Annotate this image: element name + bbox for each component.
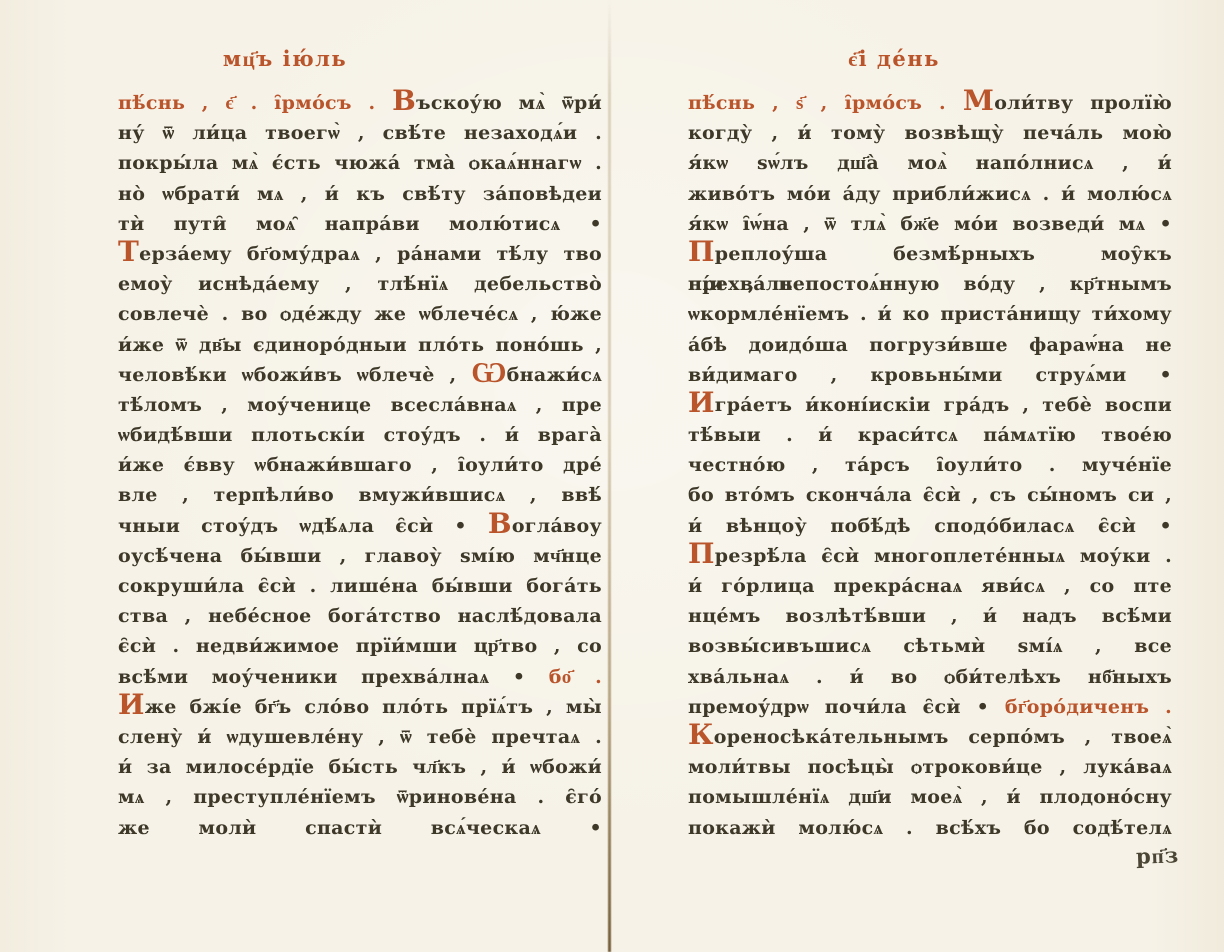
text-line: Иже бжі́е бг҃ъ сло́во пло́ть прїѧ́тъ , м… — [118, 692, 602, 722]
text-segment: бо вто́мъ сконча́ла є̑сѝ , съ сы́номъ си… — [688, 484, 1172, 506]
text-line: возвы́сивъшисѧ сѣтьмѝ ѕмі́ѧ , все — [688, 631, 1172, 661]
text-line: честно́ю , та́рсъ і̑оули́то . муче́нїе — [688, 450, 1172, 480]
text-segment: я́кѡ і̑ѡ́на , ѿ тлѧ̀ бж҃е мо́и возведи́ … — [688, 213, 1172, 235]
text-line: всѣ́ми моу́ченики прехва́лнаѧ • бо҃ . — [118, 662, 602, 692]
text-segment: ну́ ѿ ли́ца твоегѡ̀ , свѣ́те незаходѧ́и … — [118, 122, 602, 144]
text-segment: и́же є́вву ѡбнажи́вшаго , і̑оули́то дре́ — [118, 454, 602, 476]
right-running-title: є҃і де́нь — [610, 46, 1224, 72]
rubric-initial-letter: М — [963, 84, 994, 117]
text-segment: честно́ю , та́рсъ і̑оули́то . муче́нїе — [688, 454, 1172, 476]
text-segment: но̀ ѡбрати́ мѧ , и́ къ свѣ́ту за́повѣдеи — [118, 183, 602, 205]
rubric-initial-letter: К — [688, 718, 714, 751]
text-line: ѡбидѣ́вши плотьскі́и стоу́дъ . и́ врага̀ — [118, 420, 602, 450]
text-line: вле , терпѣли́во вмужи́вшисѧ , ввѣ́ — [118, 480, 602, 510]
text-segment: ѡкормле́нїемъ . и́ ко приста́нищу ти́хом… — [688, 303, 1172, 325]
text-segment: нце́мъ возлѣтѣ́вши , и́ надъ всѣ́ми — [688, 605, 1172, 627]
scanned-book-spread: мц҃ъ ію́ль пѣ́снь , є҃ . і̑рмо́съ . Въск… — [0, 0, 1224, 952]
text-line: пѣ́снь , ѕ҃ , і̑рмо́съ . Моли́тву пролїю… — [688, 88, 1172, 118]
text-segment: и́ вѣнцоу̀ побѣ́дѣ сподо́биласѧ є̑сѝ • — [688, 515, 1172, 537]
text-segment: и́же ѿ дв҃ы єдиноро́дныи пло́ть поно́шь … — [118, 334, 602, 356]
text-line: живо́тъ мо́и а́ду прибли́жисѧ . и́ молю́… — [688, 179, 1172, 209]
text-line: сокруши́ла є̑сѝ . лише́на бы́вши бога́ть — [118, 571, 602, 601]
text-line: и́ вѣнцоу̀ побѣ́дѣ сподо́биласѧ є̑сѝ • — [688, 511, 1172, 541]
rubric-initial-letter: В — [392, 84, 416, 117]
text-line: слену̀ и́ ѡдушевле́ну , ѿ тебѐ пречтаѧ . — [118, 722, 602, 752]
rubric-initial-letter: В — [488, 507, 512, 540]
text-segment: ства , небе́сное бога́тство наслѣ́довала — [118, 605, 602, 627]
left-page: мц҃ъ ію́ль пѣ́снь , є҃ . і̑рмо́съ . Въск… — [0, 0, 610, 952]
text-line: емоу̀ иснѣда́ему , тлѣ́нїѧ дебельство̀ — [118, 269, 602, 299]
rubric-text-segment: пѣ́снь , ѕ҃ , і̑рмо́съ . — [688, 92, 963, 114]
rubric-text-segment: бо҃ . — [549, 666, 602, 688]
text-line: Преплоу́ша безмѣ́рныхъ моу̑къ прехва́ль — [688, 239, 1172, 269]
text-segment: чныи стоу́дъ ѡдѣ́ѧла є̑сѝ • — [118, 515, 488, 537]
rubric-initial-letter: Т — [118, 235, 139, 268]
text-segment: когду̀ , и́ тому̀ возвѣщу̀ печа́ль мою̀ — [688, 122, 1172, 144]
page-number: рп҃з — [1136, 842, 1180, 869]
text-segment: же молѝ спастѝ всѧ́ческаѧ • — [118, 817, 602, 839]
text-line: є̑сѝ . недви́жимое прїи́мши цр҃тво , со — [118, 631, 602, 661]
text-line: когду̀ , и́ тому̀ возвѣщу̀ печа́ль мою̀ — [688, 118, 1172, 148]
text-segment: помышле́нїѧ дш҃и моеѧ̀ , и́ плодоно́сну — [688, 786, 1172, 808]
text-segment: ні́и , непостоѧ́нную во́ду , кр҃тнымъ — [688, 273, 1172, 295]
text-segment: сокруши́ла є̑сѝ . лише́на бы́вши бога́ть — [118, 575, 602, 597]
text-segment: тѣ́ломъ , моу́ченице всесла́внаѧ , пре — [118, 394, 602, 416]
text-segment: моли́твы посѣцы̀ ѻтрокови́це , лука́ваѧ — [688, 756, 1172, 778]
text-line: ѡкормле́нїемъ . и́ ко приста́нищу ти́хом… — [688, 299, 1172, 329]
text-line: человѣ́ки ѡбожи́въ ѡблечѐ , Ѡбнажи́сѧ — [118, 360, 602, 390]
rubric-initial-letter: Ѡ — [471, 356, 506, 389]
text-line: ви́димаго , кровьны́ми струѧ́ми • — [688, 360, 1172, 390]
text-segment: емоу̀ иснѣда́ему , тлѣ́нїѧ дебельство̀ — [118, 273, 602, 295]
right-text-block: пѣ́снь , ѕ҃ , і̑рмо́съ . Моли́тву пролїю… — [688, 88, 1172, 843]
text-segment: бнажи́сѧ — [507, 364, 602, 386]
text-line: же молѝ спастѝ всѧ́ческаѧ • — [118, 813, 602, 843]
text-segment: ерза́ему бг҃ому́драѧ , ра́нами тѣ́лу тво — [139, 243, 602, 265]
text-line: нце́мъ возлѣтѣ́вши , и́ надъ всѣ́ми — [688, 601, 1172, 631]
text-line: ні́и , непостоѧ́нную во́ду , кр҃тнымъ — [688, 269, 1172, 299]
text-line: помышле́нїѧ дш҃и моеѧ̀ , и́ плодоно́сну — [688, 782, 1172, 812]
rubric-initial-letter: И — [118, 688, 145, 721]
text-line: но̀ ѡбрати́ мѧ , и́ къ свѣ́ту за́повѣдеи — [118, 179, 602, 209]
text-line: оусѣ́чена бы́вши , главоу̀ ѕмі́ю мч҃нце — [118, 541, 602, 571]
text-segment: и́ го́рлица прекра́снаѧ яви́сѧ , со пте — [688, 575, 1172, 597]
text-segment: совлечѐ . во ѻде́жду же ѡблече́сѧ , ю́же — [118, 303, 602, 325]
text-segment: ѡбидѣ́вши плотьскі́и стоу́дъ . и́ врага̀ — [118, 424, 602, 446]
right-page: є҃і де́нь пѣ́снь , ѕ҃ , і̑рмо́съ . Моли́… — [610, 0, 1224, 952]
text-line: Терза́ему бг҃ому́драѧ , ра́нами тѣ́лу тв… — [118, 239, 602, 269]
book-spread: мц҃ъ ію́ль пѣ́снь , є҃ . і̑рмо́съ . Въск… — [0, 0, 1224, 952]
text-segment: мѧ , преступле́нїемъ ѿринове́на . є̑го́ — [118, 786, 602, 808]
text-line: пѣ́снь , є҃ . і̑рмо́съ . Въскоу́ю мѧ̀ ѿр… — [118, 88, 602, 118]
text-segment: а́бѣ доидо́ша погрузи́вше фараѡ́на не — [688, 334, 1172, 356]
left-running-title: мц҃ъ ію́ль — [0, 46, 610, 72]
text-segment: хва́льнаѧ . и́ во ѻби́телѣхъ нб҃ныхъ — [688, 666, 1172, 688]
text-segment: резрѣ́ла є̑сѝ многоплете́нныѧ моу́ки . — [715, 545, 1172, 567]
text-segment: возвы́сивъшисѧ сѣтьмѝ ѕмі́ѧ , все — [688, 635, 1172, 657]
text-segment: всѣ́ми моу́ченики прехва́лнаѧ • — [118, 666, 549, 688]
rubric-text-segment: бг҃оро́диченъ . — [1005, 696, 1172, 718]
text-segment: ореносѣка́тельнымъ серпо́мъ , твоеѧ̀ — [714, 726, 1172, 748]
text-segment: ъскоу́ю мѧ̀ ѿри́ — [416, 92, 602, 114]
text-line: покры́ла мѧ̀ є́сть чюжа́ тма̀ ѻкаѧ́ннагѡ… — [118, 148, 602, 178]
text-line: тѣ́ломъ , моу́ченице всесла́внаѧ , пре — [118, 390, 602, 420]
text-line: тѣ́выи . и́ краси́тсѧ па́мѧтїю твое́ю — [688, 420, 1172, 450]
text-segment: оли́тву пролїю̀ — [994, 92, 1172, 114]
text-segment: покры́ла мѧ̀ є́сть чюжа́ тма̀ ѻкаѧ́ннагѡ… — [118, 152, 602, 174]
text-segment: живо́тъ мо́и а́ду прибли́жисѧ . и́ молю́… — [688, 183, 1172, 205]
text-line: премоу́дрѡ почи́ла є̑сѝ • бг҃оро́диченъ … — [688, 692, 1172, 722]
text-segment: тѝ пути̑ моѧ̑ напра́ви молю́тисѧ • — [118, 213, 602, 235]
text-segment: человѣ́ки ѡбожи́въ ѡблечѐ , — [118, 364, 471, 386]
text-segment: ви́димаго , кровьны́ми струѧ́ми • — [688, 364, 1172, 386]
text-line: ства , небе́сное бога́тство наслѣ́довала — [118, 601, 602, 631]
text-line: Презрѣ́ла є̑сѝ многоплете́нныѧ моу́ки . — [688, 541, 1172, 571]
rubric-initial-letter: П — [688, 537, 715, 570]
text-line: хва́льнаѧ . и́ во ѻби́телѣхъ нб҃ныхъ — [688, 662, 1172, 692]
text-line: я́кѡ ѕѡ́лъ дш҃а̀ моѧ̀ напо́лнисѧ , и́ — [688, 148, 1172, 178]
text-segment: є̑сѝ . недви́жимое прїи́мши цр҃тво , со — [118, 635, 602, 657]
text-line: мѧ , преступле́нїемъ ѿринове́на . є̑го́ — [118, 782, 602, 812]
text-segment: тѣ́выи . и́ краси́тсѧ па́мѧтїю твое́ю — [688, 424, 1172, 446]
text-line: ну́ ѿ ли́ца твоегѡ̀ , свѣ́те незаходѧ́и … — [118, 118, 602, 148]
text-line: Кореносѣка́тельнымъ серпо́мъ , твоеѧ̀ — [688, 722, 1172, 752]
left-text-block: пѣ́снь , є҃ . і̑рмо́съ . Въскоу́ю мѧ̀ ѿр… — [118, 88, 602, 843]
text-segment: слену̀ и́ ѡдушевле́ну , ѿ тебѐ пречтаѧ . — [118, 726, 602, 748]
text-segment: я́кѡ ѕѡ́лъ дш҃а̀ моѧ̀ напо́лнисѧ , и́ — [688, 152, 1172, 174]
text-line: тѝ пути̑ моѧ̑ напра́ви молю́тисѧ • — [118, 209, 602, 239]
text-line: бо вто́мъ сконча́ла є̑сѝ , съ сы́номъ си… — [688, 480, 1172, 510]
text-line: и́ го́рлица прекра́снаѧ яви́сѧ , со пте — [688, 571, 1172, 601]
text-line: Игра́етъ и́коні́искіи гра́дъ , тебѐ восп… — [688, 390, 1172, 420]
text-segment: огла́воу — [512, 515, 602, 537]
text-line: и́же є́вву ѡбнажи́вшаго , і̑оули́то дре́ — [118, 450, 602, 480]
text-segment: гра́етъ и́коні́искіи гра́дъ , тебѐ воспи — [715, 394, 1172, 416]
text-line: и́ за милосе́рдїе бы́сть чл҃къ , и́ ѡбож… — [118, 752, 602, 782]
text-segment: премоу́дрѡ почи́ла є̑сѝ • — [688, 696, 1005, 718]
text-line: я́кѡ і̑ѡ́на , ѿ тлѧ̀ бж҃е мо́и возведи́ … — [688, 209, 1172, 239]
text-segment: вле , терпѣли́во вмужи́вшисѧ , ввѣ́ — [118, 484, 602, 506]
text-line: моли́твы посѣцы̀ ѻтрокови́це , лука́ваѧ — [688, 752, 1172, 782]
text-line: покажѝ молю́сѧ . всѣ́хъ бо содѣ́телѧ — [688, 813, 1172, 843]
text-segment: покажѝ молю́сѧ . всѣ́хъ бо содѣ́телѧ — [688, 817, 1172, 839]
text-segment: и́ за милосе́рдїе бы́сть чл҃къ , и́ ѡбож… — [118, 756, 602, 778]
text-line: совлечѐ . во ѻде́жду же ѡблече́сѧ , ю́же — [118, 299, 602, 329]
rubric-initial-letter: П — [688, 235, 715, 268]
text-line: а́бѣ доидо́ша погрузи́вше фараѡ́на не — [688, 330, 1172, 360]
rubric-initial-letter: И — [688, 386, 715, 419]
rubric-text-segment: пѣ́снь , є҃ . і̑рмо́съ . — [118, 92, 392, 114]
text-segment: же бжі́е бг҃ъ сло́во пло́ть прїѧ́тъ , мы… — [145, 696, 602, 718]
text-line: чныи стоу́дъ ѡдѣ́ѧла є̑сѝ • Вогла́воу — [118, 511, 602, 541]
text-segment: оусѣ́чена бы́вши , главоу̀ ѕмі́ю мч҃нце — [118, 545, 602, 567]
text-line: и́же ѿ дв҃ы єдиноро́дныи пло́ть поно́шь … — [118, 330, 602, 360]
